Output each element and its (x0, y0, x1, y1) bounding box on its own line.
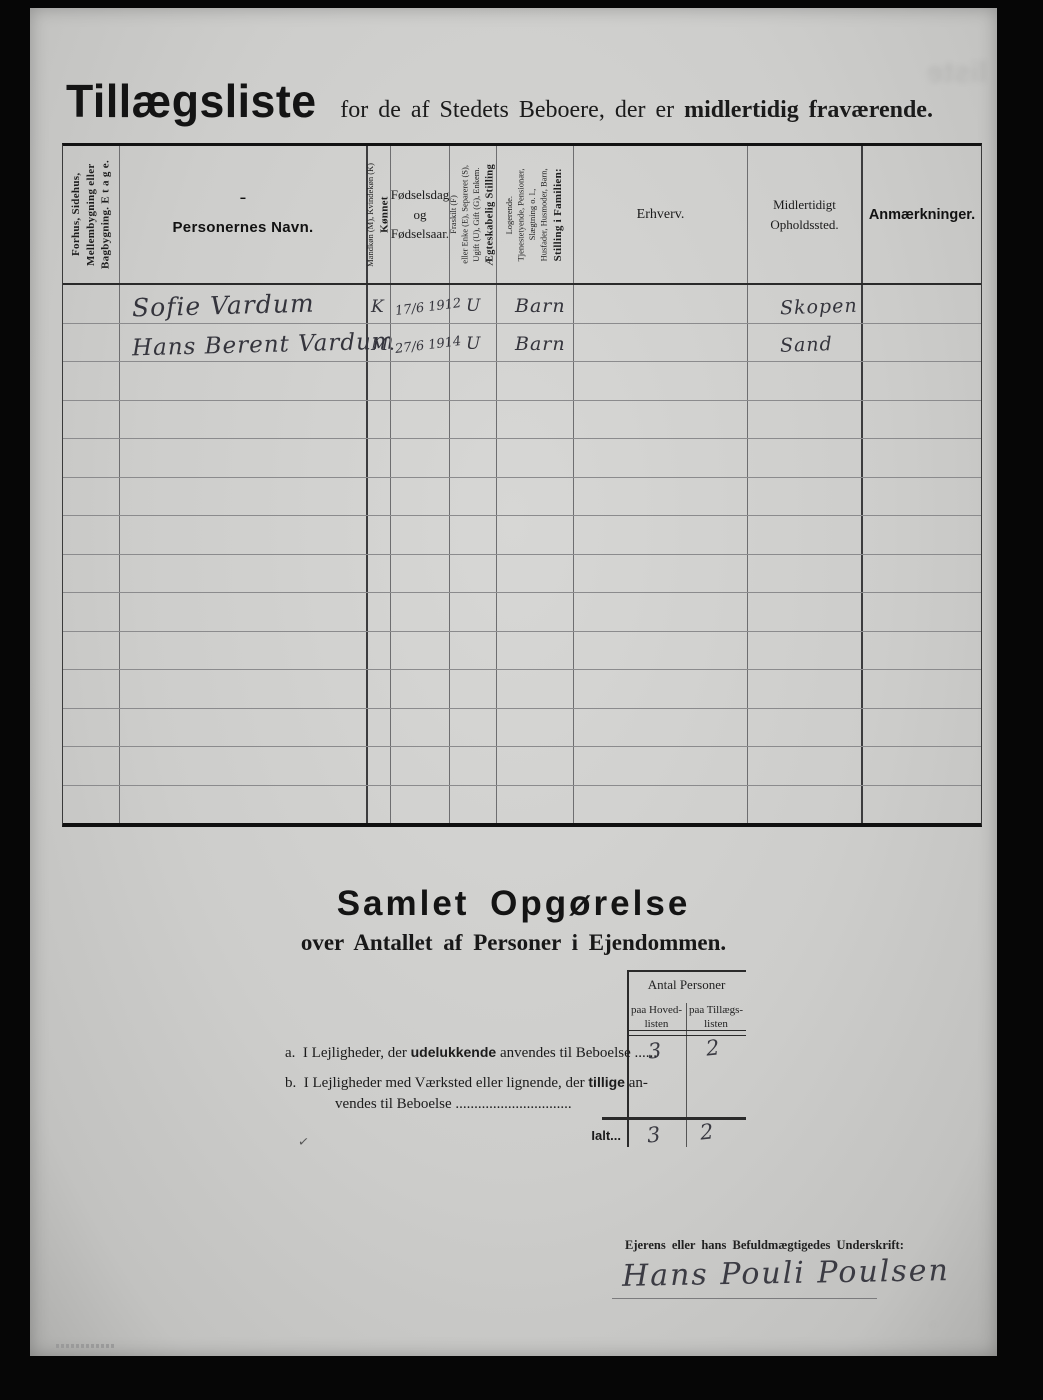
table-row (63, 516, 981, 555)
cell-sex (368, 632, 391, 670)
header-temporary-residence-label: Midlertidigt Opholdssted. (770, 195, 838, 234)
cell-remarks (863, 786, 981, 824)
cell-remarks (863, 593, 981, 631)
cell-remarks (863, 747, 981, 785)
summary-total-label: Ialt... (583, 1128, 621, 1143)
summary-group-header: Antal Personer (627, 977, 746, 993)
cell-occupation (574, 401, 748, 439)
cell-remarks (863, 478, 981, 516)
cell-stay (748, 709, 863, 747)
cell-marital (450, 670, 497, 708)
cell-building (63, 324, 120, 362)
cell-family (497, 401, 574, 439)
form-title: Tillægsliste for de af Stedets Beboere, … (66, 74, 933, 128)
cell-building (63, 439, 120, 477)
cell-stay: Skopen (748, 285, 863, 323)
cell-name (120, 478, 368, 516)
cell-marital (450, 362, 497, 400)
handwritten-name: Sofie Vardum (132, 288, 315, 322)
cell-remarks (863, 670, 981, 708)
cell-sex: K (368, 285, 391, 323)
cell-remarks (863, 439, 981, 477)
cell-building (63, 632, 120, 670)
header-sex: Kønnet Mandkøn (M), Kvindekøn (K) (368, 146, 391, 283)
cell-sex (368, 786, 391, 824)
cell-sex (368, 401, 391, 439)
cell-sex (368, 555, 391, 593)
handwritten-family: Barn (515, 333, 566, 355)
cell-family: Barn (497, 324, 574, 362)
table-row (63, 362, 981, 401)
cell-stay (748, 439, 863, 477)
cell-stay: Sand (748, 324, 863, 362)
header-building: Forhus, Sidehus, Mellembygning eller Bag… (63, 146, 120, 283)
cell-marital (450, 632, 497, 670)
cell-name (120, 401, 368, 439)
table-row (63, 555, 981, 594)
cell-family (497, 786, 574, 824)
cell-marital (450, 747, 497, 785)
cell-family (497, 709, 574, 747)
printer-imprint (56, 1344, 114, 1348)
cell-stay (748, 401, 863, 439)
summary-total-tillaegs-value: 2 (699, 1119, 715, 1144)
cell-name (120, 593, 368, 631)
summary-row-a-prefix: a. (285, 1045, 295, 1061)
cell-name (120, 362, 368, 400)
cell-sex (368, 747, 391, 785)
cell-stay (748, 670, 863, 708)
cell-sex (368, 670, 391, 708)
cell-remarks (863, 632, 981, 670)
table-row (63, 747, 981, 786)
cell-stay (748, 516, 863, 554)
handwritten-stay: Sand (780, 333, 833, 357)
header-name-label: Personernes Navn. (173, 219, 314, 236)
summary-row-b-line2: vendes til Beboelse ....................… (335, 1096, 572, 1113)
cell-family (497, 478, 574, 516)
cell-occupation (574, 747, 748, 785)
header-family-title: Stilling i Familien: (550, 168, 567, 261)
cell-building (63, 709, 120, 747)
table-row (63, 439, 981, 478)
cell-family (497, 555, 574, 593)
cell-occupation (574, 555, 748, 593)
cell-sex: M. (368, 324, 391, 362)
summary-column-hovedlisten: paa Hoved- listen (627, 1004, 686, 1032)
handwritten-sex: K (371, 297, 385, 317)
summary-row-b-text-after: an- (625, 1075, 648, 1091)
owner-signature: Hans Pouli Poulsen (622, 1253, 950, 1294)
header-birthdate-label: Fødselsdag og Fødselsaar. (391, 185, 450, 244)
cell-stay (748, 478, 863, 516)
cell-birth (391, 555, 450, 593)
cell-birth (391, 401, 450, 439)
cell-remarks (863, 709, 981, 747)
cell-birth: 17/6 1912 (391, 285, 450, 323)
cell-family (497, 593, 574, 631)
header-occupation-label: Erhverv. (637, 204, 685, 225)
header-temporary-residence: Midlertidigt Opholdssted. (748, 146, 863, 283)
cell-stay (748, 593, 863, 631)
cell-remarks (863, 516, 981, 554)
header-family-label: Stilling i Familien: Husfader, Husmoder,… (504, 168, 566, 261)
cell-birth (391, 516, 450, 554)
table-row: Sofie VardumK17/6 1912UBarnSkopen (63, 285, 981, 324)
cell-sex (368, 478, 391, 516)
header-name: - Personernes Navn. (120, 146, 368, 283)
summary-row-a-text: I Lejligheder, der (303, 1045, 411, 1061)
cell-stay (748, 786, 863, 824)
cell-birth (391, 670, 450, 708)
summary-row-a-text-after: anvendes til Beboelse ...... (496, 1045, 657, 1061)
handwritten-name: Hans Berent Vardum (132, 329, 395, 362)
header-building-label: Forhus, Sidehus, Mellembygning eller Bag… (69, 160, 114, 269)
cell-marital (450, 478, 497, 516)
summary-row-b: b. I Lejligheder med Værksted eller lign… (285, 1074, 648, 1092)
header-sex-label: Kønnet Mandkøn (M), Kvindekøn (K) (365, 163, 393, 267)
handwritten-stay: Skopen (780, 294, 858, 319)
summary-total-rule (602, 1117, 746, 1120)
cell-occupation (574, 632, 748, 670)
cell-name: Sofie Vardum (120, 285, 368, 323)
header-family-position: Stilling i Familien: Husfader, Husmoder,… (497, 146, 574, 283)
cell-family: Barn (497, 285, 574, 323)
cell-sex (368, 709, 391, 747)
cell-family (497, 747, 574, 785)
cell-name (120, 747, 368, 785)
cell-marital: U (450, 324, 497, 362)
handwritten-marital: U (466, 296, 481, 316)
table-row (63, 478, 981, 517)
cell-marital (450, 555, 497, 593)
header-occupation: Erhverv. (574, 146, 748, 283)
cell-building (63, 593, 120, 631)
table-row (63, 786, 981, 824)
scanned-census-form-page: liste ~ Tillægsliste for de af Stedets B… (30, 8, 997, 1356)
cell-birth: 27/6 1914 (391, 324, 450, 362)
cell-name (120, 786, 368, 824)
cell-birth (391, 439, 450, 477)
table-row (63, 670, 981, 709)
header-marital-title: Ægteskabelig Stilling (482, 164, 498, 266)
cell-remarks (863, 555, 981, 593)
dash-mark: - (240, 195, 247, 201)
cell-marital (450, 516, 497, 554)
cell-stay (748, 555, 863, 593)
cell-building (63, 786, 120, 824)
cell-name (120, 555, 368, 593)
cell-birth (391, 786, 450, 824)
cell-sex (368, 516, 391, 554)
cell-birth (391, 632, 450, 670)
cell-occupation (574, 478, 748, 516)
table-body: Sofie VardumK17/6 1912UBarnSkopenHans Be… (63, 285, 981, 823)
cell-building (63, 362, 120, 400)
cell-occupation (574, 516, 748, 554)
summary-row-a-tillaegs-value: 2 (705, 1035, 721, 1060)
summary-column-tillaegslisten: paa Tillægs- listen (686, 1004, 746, 1032)
cell-building (63, 670, 120, 708)
absentee-persons-table: Forhus, Sidehus, Mellembygning eller Bag… (62, 143, 982, 827)
header-family-subtitle: Husfader, Husmoder, Barn, Slægtning o. l… (504, 168, 550, 261)
cell-remarks (863, 362, 981, 400)
header-remarks-label: Anmærkninger. (869, 207, 975, 223)
table-row (63, 632, 981, 671)
header-sex-title: Kønnet (376, 163, 393, 267)
header-sex-subtitle: Mandkøn (M), Kvindekøn (K) (365, 163, 376, 267)
summary-title: Samlet Opgørelse (30, 884, 997, 924)
cell-occupation (574, 709, 748, 747)
summary-row-b-prefix: b. (285, 1075, 296, 1091)
cell-occupation (574, 285, 748, 323)
table-header-row: Forhus, Sidehus, Mellembygning eller Bag… (63, 146, 981, 285)
form-title-subtitle: for de af Stedets Beboere, der er midler… (340, 97, 933, 124)
cell-marital (450, 439, 497, 477)
cell-birth (391, 709, 450, 747)
cell-occupation (574, 670, 748, 708)
cell-birth (391, 362, 450, 400)
signature-underline (612, 1298, 877, 1299)
header-marital-subtitle: Ugift (U), Gift (G), Enkem. eller Enke (… (448, 164, 482, 266)
cell-occupation (574, 362, 748, 400)
form-title-main: Tillægsliste (66, 74, 317, 128)
cell-stay (748, 632, 863, 670)
cell-family (497, 439, 574, 477)
cell-stay (748, 362, 863, 400)
cell-remarks (863, 401, 981, 439)
cell-sex (368, 362, 391, 400)
summary-row-a: a. I Lejligheder, der udelukkende anvend… (285, 1044, 657, 1062)
cell-name (120, 516, 368, 554)
cell-name: Hans Berent Vardum (120, 324, 368, 362)
cell-remarks (863, 285, 981, 323)
cell-building (63, 401, 120, 439)
cell-name (120, 439, 368, 477)
cell-family (497, 632, 574, 670)
cell-marital: U (450, 285, 497, 323)
cell-building (63, 516, 120, 554)
cell-name (120, 709, 368, 747)
cell-building (63, 285, 120, 323)
cell-occupation (574, 324, 748, 362)
cell-name (120, 670, 368, 708)
header-marital-status: Ægteskabelig Stilling Ugift (U), Gift (G… (450, 146, 497, 283)
handwritten-marital: U (466, 334, 481, 354)
cell-building (63, 555, 120, 593)
summary-top-rule (627, 970, 746, 972)
summary-row-a-bold: udelukkende (411, 1044, 497, 1060)
cell-family (497, 670, 574, 708)
header-remarks: Anmærkninger. (863, 146, 981, 283)
cell-sex (368, 439, 391, 477)
table-row (63, 593, 981, 632)
signature-caption: Ejerens eller hans Befuldmægtigedes Unde… (625, 1238, 904, 1253)
form-title-subtitle-regular: for de af Stedets Beboere, der er (340, 97, 674, 123)
cell-marital (450, 593, 497, 631)
cell-remarks (863, 324, 981, 362)
cell-building (63, 747, 120, 785)
cell-birth (391, 478, 450, 516)
cell-family (497, 362, 574, 400)
header-marital-label: Ægteskabelig Stilling Ugift (U), Gift (G… (448, 164, 498, 266)
bleed-through-smudge: ~ (930, 1318, 937, 1332)
header-birthdate: Fødselsdag og Fødselsaar. (391, 146, 450, 283)
cell-occupation (574, 786, 748, 824)
cell-stay (748, 747, 863, 785)
summary-row-b-bold: tillige (588, 1074, 625, 1090)
cell-birth (391, 593, 450, 631)
cell-occupation (574, 439, 748, 477)
table-row (63, 709, 981, 748)
form-title-subtitle-bold: midlertidig fraværende. (684, 97, 933, 123)
table-row (63, 401, 981, 440)
cell-family (497, 516, 574, 554)
cell-building (63, 478, 120, 516)
cell-birth (391, 747, 450, 785)
bleed-through-smudge: liste (927, 56, 987, 90)
handwritten-family: Barn (515, 295, 566, 317)
summary-row-b-text: I Lejligheder med Værksted eller lignend… (304, 1075, 589, 1091)
pencil-check-mark: ✓ (297, 1133, 310, 1150)
summary-row-a-hoved-value: 3 (647, 1038, 663, 1063)
cell-occupation (574, 593, 748, 631)
cell-marital (450, 786, 497, 824)
cell-name (120, 632, 368, 670)
cell-sex (368, 593, 391, 631)
cell-marital (450, 709, 497, 747)
table-row: Hans Berent VardumM.27/6 1914UBarnSand (63, 324, 981, 363)
cell-marital (450, 401, 497, 439)
summary-subtitle: over Antallet af Personer i Ejendommen. (30, 930, 997, 956)
summary-total-hoved-value: 3 (646, 1122, 662, 1147)
